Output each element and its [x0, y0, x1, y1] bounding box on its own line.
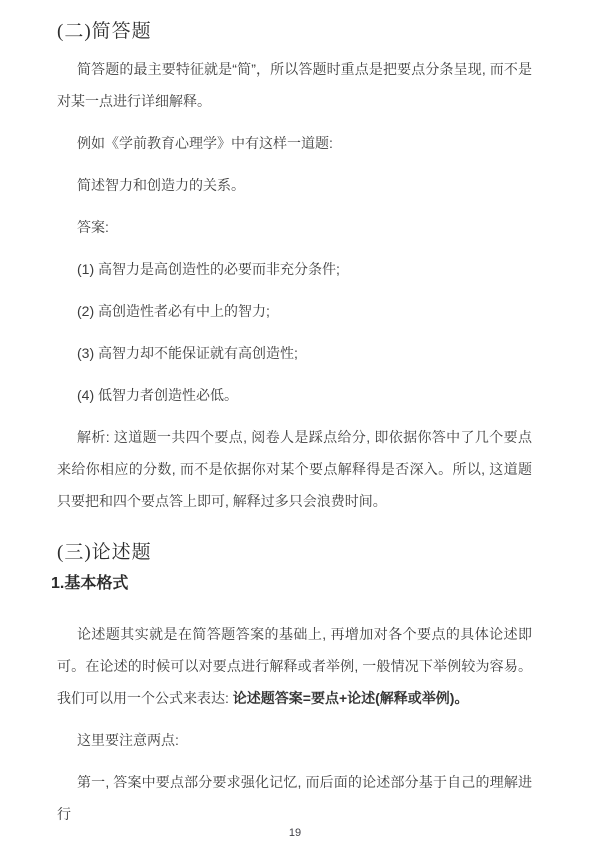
answer-item-4: (4) 低智力者创造性必低。	[57, 379, 532, 411]
paragraph-answer-label: 答案:	[57, 211, 532, 243]
paragraph-analysis: 解析: 这道题一共四个要点, 阅卷人是踩点给分, 即依据你答中了几个要点来给你相…	[57, 421, 532, 517]
paragraph-essay-body: 论述题其实就是在简答题答案的基础上, 再增加对各个要点的具体论述即可。在论述的时…	[57, 618, 532, 714]
answer-item-2: (2) 高创造性者必有中上的智力;	[57, 295, 532, 327]
section-heading-short-answer: (二)简答题	[57, 18, 532, 45]
answer-item-1: (1) 高智力是高创造性的必要而非充分条件;	[57, 253, 532, 285]
page-number: 19	[0, 827, 590, 839]
document-page: (二)简答题 简答题的最主要特征就是“简”，所以答题时重点是把要点分条呈现, 而…	[0, 0, 590, 865]
paragraph-point-first: 第一, 答案中要点部分要求强化记忆, 而后面的论述部分基于自己的理解进行	[57, 766, 532, 830]
paragraph-short-answer-intro: 简答题的最主要特征就是“简”，所以答题时重点是把要点分条呈现, 而不是对某一点进…	[57, 53, 532, 117]
paragraph-example-question: 简述智力和创造力的关系。	[57, 169, 532, 201]
subheading-basic-format: 1.基本格式	[51, 572, 532, 596]
paragraph-note: 这里要注意两点:	[57, 724, 532, 756]
paragraph-example-intro: 例如《学前教育心理学》中有这样一道题:	[57, 127, 532, 159]
essay-formula-bold: 论述题答案=要点+论述(解释或举例)。	[233, 690, 469, 706]
answer-item-3: (3) 高智力却不能保证就有高创造性;	[57, 337, 532, 369]
section-heading-essay: (三)论述题	[57, 539, 532, 566]
